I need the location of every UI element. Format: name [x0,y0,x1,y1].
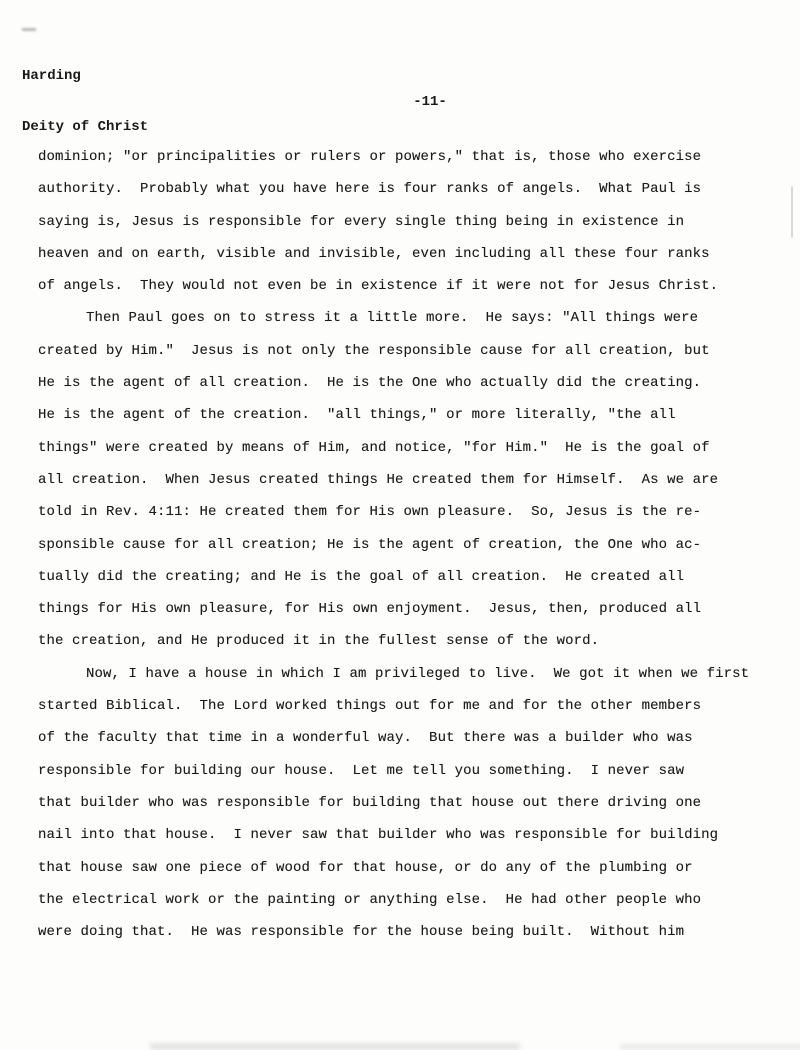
document-page: Harding Deity of Christ -11- dominion; "… [0,0,800,1050]
page-number: -11- [0,94,800,110]
text-line: the electrical work or the painting or a… [38,884,768,916]
header-author: Harding [22,68,148,85]
text-line: heaven and on earth, visible and invisib… [38,238,768,270]
text-line: of angels. They would not even be in exi… [38,270,768,302]
text-line: of the faculty that time in a wonderful … [38,722,768,754]
text-line: all creation. When Jesus created things … [38,464,768,496]
text-line: the creation, and He produced it in the … [38,625,768,657]
text-line: He is the agent of all creation. He is t… [38,367,768,399]
text-line: He is the agent of the creation. "all th… [38,399,768,431]
text-line: were doing that. He was responsible for … [38,916,768,948]
text-line: told in Rev. 4:11: He created them for H… [38,496,768,528]
text-line: authority. Probably what you have here i… [38,173,768,205]
scan-artifact [22,28,36,31]
text-line: things" were created by means of Him, an… [38,432,768,464]
text-line: things for His own pleasure, for His own… [38,593,768,625]
scan-artifact [150,1043,520,1050]
text-line: saying is, Jesus is responsible for ever… [38,206,768,238]
text-line: created by Him." Jesus is not only the r… [38,335,768,367]
text-line: responsible for building our house. Let … [38,755,768,787]
document-body: dominion; "or principalities or rulers o… [38,141,768,948]
text-line: nail into that house. I never saw that b… [38,819,768,851]
text-line: Then Paul goes on to stress it a little … [38,302,768,334]
text-line: started Biblical. The Lord worked things… [38,690,768,722]
text-line: tually did the creating; and He is the g… [38,561,768,593]
header-title: Deity of Christ [22,119,148,136]
text-line: that builder who was responsible for bui… [38,787,768,819]
text-line: dominion; "or principalities or rulers o… [38,141,768,173]
text-line: Now, I have a house in which I am privil… [38,658,768,690]
scan-artifact [620,1044,800,1050]
scan-artifact [791,186,793,238]
text-line: that house saw one piece of wood for tha… [38,852,768,884]
text-line: sponsible cause for all creation; He is … [38,529,768,561]
